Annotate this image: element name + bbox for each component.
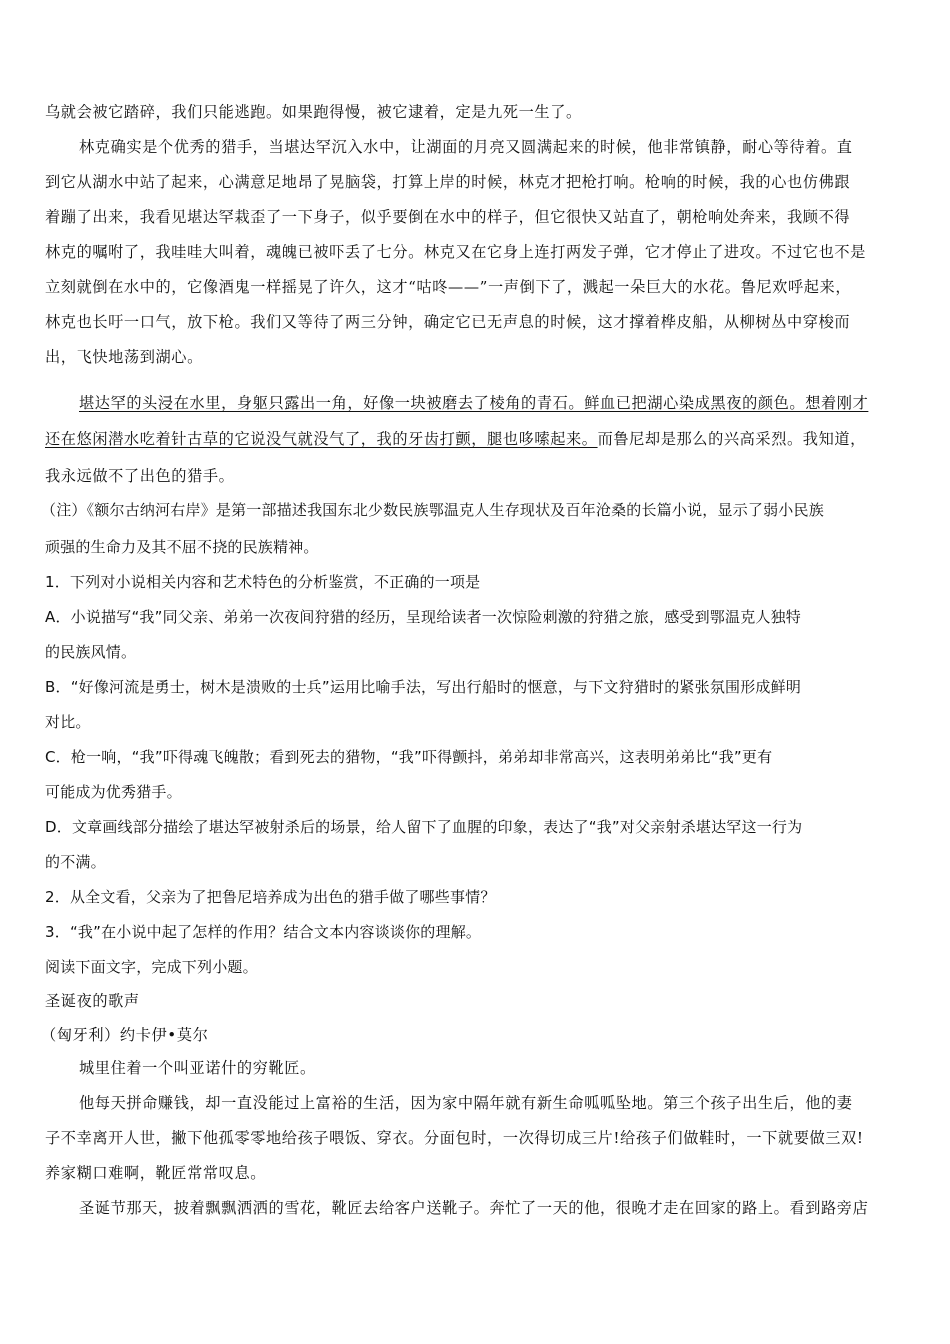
story1-paragraph-line: 我永远做不了出色的猎手。 bbox=[45, 466, 234, 486]
question-1-option-a: 的民族风情。 bbox=[45, 642, 136, 662]
story1-paragraph-line: 林克确实是个优秀的猎手，当堪达罕沉入水中，让湖面的月亮又圆满起来的时候，他非常镇… bbox=[79, 137, 853, 157]
reading-instruction: 阅读下面文字，完成下列小题。 bbox=[45, 957, 258, 977]
story2-paragraph-line: 养家糊口难啊，靴匠常常叹息。 bbox=[45, 1163, 266, 1183]
story1-paragraph-line: 林克也长吁一口气，放下枪。我们又等待了两三分钟，确定它已无声息的时候，这才撑着桦… bbox=[45, 312, 850, 332]
note-line: （注）《额尔古纳河右岸》是第一部描述我国东北少数民族鄂温克人生存现状及百年沧桑的… bbox=[41, 500, 824, 520]
question-1-option-b: B．“好像河流是勇士，树木是溃败的士兵”运用比喻手法，写出行船时的惬意，与下文狩… bbox=[45, 677, 801, 697]
story1-paragraph-line: 到它从湖水中站了起来，心满意足地昂了晃脑袋，打算上岸的时候，林克才把枪打响。枪响… bbox=[45, 172, 850, 192]
story1-paragraph-line: 林克的嘱咐了，我哇哇大叫着，魂魄已被吓丢了七分。林克又在它身上连打两发子弹，它才… bbox=[45, 242, 866, 262]
story2-title: 圣诞夜的歌声 bbox=[45, 991, 140, 1011]
underlined-passage-line: 还在悠闲潜水吃着针古草的它说没气就没气了，我的牙齿打颤，腿也哆嗦起来。而鲁尼却是… bbox=[45, 429, 866, 449]
plain-text: 而鲁尼却是那么的兴高采烈。我知道， bbox=[598, 430, 866, 448]
question-3: 3．“我”在小说中起了怎样的作用？结合文本内容谈谈你的理解。 bbox=[45, 922, 481, 942]
story2-author: （匈牙利）约卡伊•莫尔 bbox=[41, 1025, 208, 1045]
story1-paragraph-line: 着蹦了出来，我看见堪达罕栽歪了一下身子，似乎要倒在水中的样子，但它很快又站直了，… bbox=[45, 207, 850, 227]
question-1-option-d: D．文章画线部分描绘了堪达罕被射杀后的场景，给人留下了血腥的印象，表达了“我”对… bbox=[45, 817, 802, 837]
question-1-option-d: 的不满。 bbox=[45, 852, 106, 872]
question-2: 2．从全文看，父亲为了把鲁尼培养成为出色的猎手做了哪些事情？ bbox=[45, 887, 496, 907]
story1-paragraph-line: 出，飞快地荡到湖心。 bbox=[45, 347, 203, 367]
question-1-option-c: C．枪一响，“我”吓得魂飞魄散；看到死去的猎物，“我”吓得颤抖，弟弟却非常高兴，… bbox=[45, 747, 772, 767]
story2-paragraph-line: 圣诞节那天，披着飘飘洒洒的雪花，靴匠去给客户送靴子。奔忙了一天的他，很晚才走在回… bbox=[79, 1198, 868, 1218]
underlined-text: 堪达罕的头浸在水里，身躯只露出一角，好像一块被磨去了棱角的青石。鲜血已把湖心染成… bbox=[79, 394, 868, 412]
story2-paragraph-line: 他每天拼命赚钱，却一直没能过上富裕的生活，因为家中隔年就有新生命呱呱坠地。第三个… bbox=[79, 1093, 853, 1113]
question-1-option-a: A．小说描写“我”同父亲、弟弟一次夜间狩猎的经历，呈现给读者一次惊险刺激的狩猎之… bbox=[45, 607, 801, 627]
question-1-stem: 1．下列对小说相关内容和艺术特色的分析鉴赏，不正确的一项是 bbox=[45, 572, 480, 592]
question-1-option-b: 对比。 bbox=[45, 712, 91, 732]
story1-paragraph-line: 立刻就倒在水中的，它像酒鬼一样摇晃了许久，这才“咕咚——”一声倒下了，溅起一朵巨… bbox=[45, 277, 851, 297]
story2-paragraph-line: 子不幸离开人世，撇下他孤零零地给孩子喂饭、穿衣。分面包时，一次得切成三片!给孩子… bbox=[45, 1128, 864, 1148]
underlined-passage-line: 堪达罕的头浸在水里，身躯只露出一角，好像一块被磨去了棱角的青石。鲜血已把湖心染成… bbox=[79, 393, 868, 413]
underlined-text: 还在悠闲潜水吃着针古草的它说没气就没气了，我的牙齿打颤，腿也哆嗦起来。 bbox=[45, 430, 598, 448]
note-line: 顽强的生命力及其不屈不挠的民族精神。 bbox=[45, 537, 319, 557]
story1-paragraph-line: 乌就会被它踏碎，我们只能逃跑。如果跑得慢，被它逮着，定是九死一生了。 bbox=[45, 102, 582, 122]
story2-paragraph-line: 城里住着一个叫亚诺什的穷靴匠。 bbox=[79, 1058, 316, 1078]
question-1-option-c: 可能成为优秀猎手。 bbox=[45, 782, 182, 802]
